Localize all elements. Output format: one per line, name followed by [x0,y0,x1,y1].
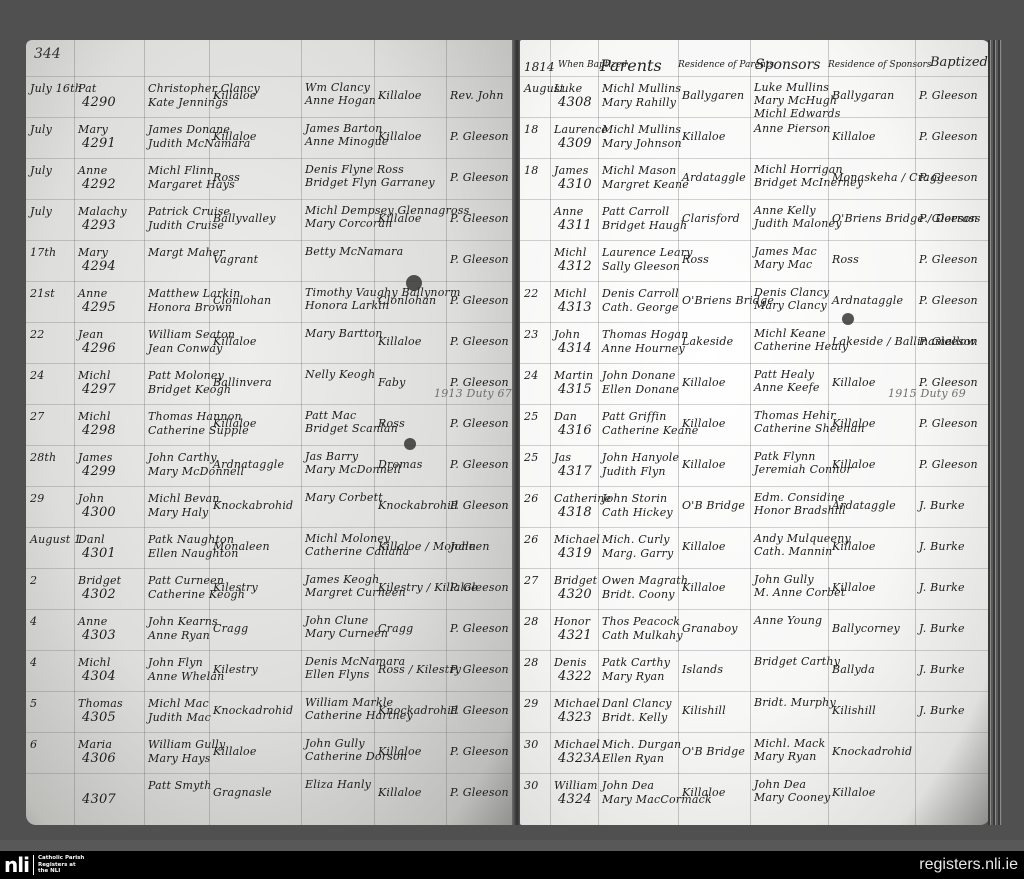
entry-baptized-by: J. Burke [919,663,965,676]
entry-parent: Bridget Haugh [602,219,687,232]
entry-sponsor: Bridget Flyn Garraney [305,176,435,189]
ruled-row-line [26,199,516,200]
entry-sponsor: Cath. Mannin [754,545,832,558]
entry-baptized-by: P. Gleeson [919,417,978,430]
entry-child-name: Malachy [78,205,127,218]
entry-residence: Ross [213,171,240,184]
entry-sponsor-residence: Cragg [378,622,413,635]
register-entry: 24Michl4297Patt MoloneyBridget KeoghBall… [26,367,516,407]
register-entry: Anne4311Patt CarrollBridget HaughClarisf… [520,203,990,243]
entry-residence: Clarisford [682,212,740,225]
entry-number: 4300 [82,506,116,519]
register-entry: 23John4314Thomas HoganAnne HourneyLakesi… [520,326,990,366]
entry-date: 22 [30,328,44,341]
entry-child-name: Danl [78,533,105,546]
entry-sponsor-residence: Killaloe [832,376,876,389]
entry-date: 18 [524,123,538,136]
entry-number: 4324 [558,793,592,806]
footer-bar: nli Catholic Parish Registers at the NLI… [0,851,1024,879]
register-entry: 27Michl4298Thomas HannonCatherine Supple… [26,408,516,448]
register-entry: JulyAnne4292Michl FlinnMargaret HaysRoss… [26,162,516,202]
entry-residence: O'B Bridge [682,745,745,758]
entry-sponsor: Honora Larkin [305,299,389,312]
register-entry: JulyMalachy4293Patrick CruiseJudith Crui… [26,203,516,243]
entry-baptized-by: P. Gleeson [450,581,509,594]
entry-sponsor-residence: Faby [378,376,406,389]
register-entry: July 16thPat4290Christopher ClancyKate J… [26,80,516,120]
entry-baptized-by: P. Gleeson [919,171,978,184]
entry-date: 6 [30,738,37,751]
entry-date: 2 [30,574,37,587]
entry-number: 4319 [558,547,592,560]
entry-sponsor: Bridt. Murphy [754,696,836,709]
ruled-row-line [26,732,516,733]
entry-date: 23 [524,328,538,341]
entry-sponsor: Betty McNamara [305,245,403,258]
entry-number: 4313 [558,301,592,314]
register-entry: 28Honor4321Thos PeacockCath MulkahyGrana… [520,613,990,653]
entry-residence: Killaloe [213,89,257,102]
entry-parent: John Donane [602,369,676,382]
entry-sponsor: Thomas Hehir [754,409,836,422]
entry-number: 4311 [558,219,592,232]
register-entry: 2Bridget4302Patt CurneenCatherine KeoghK… [26,572,516,612]
entry-sponsor-residence: Killaloe [378,130,422,143]
entry-child-name: Michl [78,410,111,423]
entry-date: 28 [524,615,538,628]
entry-sponsor-residence: Ross [378,417,405,430]
entry-residence: Killaloe [213,335,257,348]
entry-residence: O'B Bridge [682,499,745,512]
entry-residence: Granaboy [682,622,738,635]
entry-sponsor: James Keogh [305,573,379,586]
register-entry: 29John4300Michl BevanMary HalyKnockabroh… [26,490,516,530]
entry-residence: Lakeside [682,335,733,348]
entry-baptized-by: P. Gleeson [450,171,509,184]
entry-number: 4299 [82,465,116,478]
ruled-row-line [520,158,990,159]
entry-parent: John Storin [602,492,667,505]
entry-child-name: Jean [78,328,103,341]
header-sponsors: Sponsors [755,57,821,73]
entry-parent: Mary Haly [148,506,208,519]
entry-baptized-by: P. Gleeson [450,253,509,266]
ruled-row-line [520,76,990,77]
ruled-row-line [26,158,516,159]
entry-date: 30 [524,738,538,751]
entry-child-name: Martin [554,369,593,382]
entry-residence: Knockabrohid [213,499,293,512]
entry-residence: Kilestry [213,663,258,676]
entry-sponsor: Mary McHugh [754,94,837,107]
entry-residence: Killaloe [682,786,726,799]
register-entry: 18Laurence4309Michl MullinsMary JohnsonK… [520,121,990,161]
entry-baptized-by: P. Gleeson [450,663,509,676]
ruled-row-line [520,609,990,610]
entry-sponsor-residence: Killaloe [378,89,422,102]
register-entry: Michl4312Laurence LearySally GleesonRoss… [520,244,990,284]
entry-child-name: Laurence [554,123,608,136]
entry-number: 4293 [82,219,116,232]
entry-child-name: Maria [78,738,112,751]
register-entry: 18James4310Michl MasonMargret KeaneArdat… [520,162,990,202]
entry-residence: Ballinvera [213,376,272,389]
entry-child-name: Anne [78,287,107,300]
ruled-row-line [520,732,990,733]
nli-logo-mark: nli [4,854,29,876]
site-url[interactable]: registers.nli.ie [919,856,1018,874]
register-entry: JulyMary4291James DonaneJudith McNamaraK… [26,121,516,161]
entry-baptized-by: J. Burke [919,581,965,594]
entry-number: 4310 [558,178,592,191]
entry-date: July [30,164,52,177]
entry-sponsor: Wm Clancy [305,81,370,94]
entry-child-name: James [78,451,113,464]
entry-parent: John Hanyole [602,451,679,464]
nli-logo[interactable]: nli Catholic Parish Registers at the NLI [4,853,84,877]
entry-date: 24 [524,369,538,382]
entry-residence: Killaloe [213,417,257,430]
entry-child-name: James [554,164,589,177]
entry-sponsor: Michl. Mack [754,737,825,750]
entry-child-name: Anne [78,164,107,177]
image-viewer[interactable]: 344 July 16thPat4290Christopher ClancyKa… [0,0,1024,840]
nli-logo-text: Catholic Parish Registers at the NLI [38,855,84,875]
entry-child-name: Thomas [78,697,123,710]
entry-sponsor: Michl Keane [754,327,826,340]
ruled-row-line [26,404,516,405]
entry-parent: Margret Keane [602,178,689,191]
register-entry: 26Michael4319Mich. CurlyMarg. GarryKilla… [520,531,990,571]
entry-number: 4312 [558,260,592,273]
register-entry: 25Jas4317John HanyoleJudith FlynKillaloe… [520,449,990,489]
entry-child-name: Mary [78,123,108,136]
entry-parent: Cath Hickey [602,506,673,519]
entry-number: 4301 [82,547,116,560]
entry-sponsor: John Gully [305,737,365,750]
entry-sponsor-residence: Dromas [378,458,423,471]
entry-number: 4291 [82,137,116,150]
entry-parent: John Carthy [148,451,217,464]
entry-child-name: John [554,328,580,341]
entry-child-name: Jas [554,451,571,464]
ruled-row-line [520,322,990,323]
register-entry: 29Michael4323Danl ClancyBridt. KellyKili… [520,695,990,735]
entry-sponsor: Patt Healy [754,368,814,381]
entry-number: 4317 [558,465,592,478]
ruled-row-line [26,773,516,774]
entry-sponsor-residence: Killaloe [378,335,422,348]
ruled-row-line [26,650,516,651]
entry-date: 26 [524,533,538,546]
register-entry: 26Catherine4318John StorinCath HickeyO'B… [520,490,990,530]
register-entry: 4Anne4303John KearnsAnne RyanCraggJohn C… [26,613,516,653]
entry-child-name: Mary [78,246,108,259]
ruled-row-line [520,445,990,446]
entry-child-name: Michl [554,287,587,300]
entry-sponsor: Michl Horrigan [754,163,843,176]
book-page-edges [988,40,1002,825]
entry-parent: Ellen Ryan [602,752,664,765]
entry-date: July [30,123,52,136]
entry-sponsor: Denis Flyne Ross [305,163,404,176]
entry-date: 27 [524,574,538,587]
entry-baptized-by: J. Burke [919,499,965,512]
entry-child-name: Bridget [554,574,597,587]
entry-sponsor: Mary Ryan [754,750,817,763]
entry-parent: John Flyn [148,656,203,669]
entry-residence: Kilestry [213,581,258,594]
entry-residence: Vagrant [213,253,258,266]
entry-parent: Michl Flinn [148,164,214,177]
entry-baptized-by: P. Gleeson [450,130,509,143]
entry-sponsor-residence: Ross [832,253,859,266]
entry-child-name: Michael [554,738,600,751]
entry-baptized-by: J. Burke [919,704,965,717]
entry-parent: Anne Ryan [148,629,210,642]
register-entry: 30Michael4323AMich. DurganEllen RyanO'B … [520,736,990,776]
entry-number: 4290 [82,96,116,109]
register-entry: 24Martin4315John DonaneEllen DonaneKilla… [520,367,990,407]
entry-parent: Bridt. Coony [602,588,675,601]
entry-residence: Killaloe [213,745,257,758]
entry-date: 29 [524,697,538,710]
entry-child-name: Honor [554,615,590,628]
entry-number: 4302 [82,588,116,601]
entry-parent: Denis Carroll [602,287,679,300]
entry-date: 28 [524,656,538,669]
ruled-row-line [26,117,516,118]
entry-date: 4 [30,615,37,628]
entry-number: 4306 [82,752,116,765]
entry-baptized-by: J. Burke [919,622,965,635]
register-entry: 4Michl4304John FlynAnne WhelanKilestryDe… [26,654,516,694]
register-entry: 28thJames4299John CarthyMary McDonnellAr… [26,449,516,489]
entry-date: 21st [30,287,55,300]
entry-baptized-by: P. Gleeson [450,458,509,471]
entry-residence: Clonlohan [213,294,271,307]
entry-parent: Thos Peacock [602,615,680,628]
entry-number: 4315 [558,383,592,396]
entry-sponsor: Anne Keefe [754,381,820,394]
entry-baptized-by: P. Gleeson [919,335,978,348]
entry-number: 4309 [558,137,592,150]
entry-date: 5 [30,697,37,710]
entry-baptized-by: P. Gleeson [450,704,509,717]
entry-parent: Patt Smyth [148,779,212,792]
entry-parent: Anne Hourney [602,342,685,355]
entry-parent: Mary Johnson [602,137,682,150]
entry-sponsor: Jas Barry [305,450,358,463]
ruled-row-line [26,568,516,569]
ruled-row-line [26,240,516,241]
entry-baptized-by: P. Gleeson [919,89,978,102]
entry-date: 18 [524,164,538,177]
entry-sponsor: Mary Cooney [754,791,830,804]
entry-sponsor: Ellen Flyns [305,668,369,681]
entry-sponsor-residence: Killaloe [832,458,876,471]
entry-sponsor-residence: Ross / Kilestry [378,663,461,676]
entry-sponsor: Mary Curneen [305,627,388,640]
entry-baptized-by: P. Gleeson [450,786,509,799]
ruled-row-line [520,199,990,200]
entry-sponsor-residence: Killaloe [378,212,422,225]
ruled-row-line [26,691,516,692]
ink-stain [406,275,422,291]
entry-child-name: Michl [78,656,111,669]
entry-sponsor: Anne Young [754,614,822,627]
entry-residence: Ross [682,253,709,266]
entry-residence: Ardnataggle [213,458,284,471]
entry-date: 24 [30,369,44,382]
header-baptized-by: Baptized by [930,55,990,70]
ruled-row-line [520,568,990,569]
entry-sponsor: Anne Pierson [754,122,831,135]
entry-sponsor: John Dea [754,778,806,791]
entry-number: 4298 [82,424,116,437]
entry-sponsor: Patt Mac [305,409,356,422]
entry-child-name: Michael [554,697,600,710]
entry-sponsor-residence: Ballycorney [832,622,900,635]
entry-parent: Mich. Curly [602,533,670,546]
entry-baptized-by: P. Gleeson [450,335,509,348]
entry-baptized-by: J. Burke [919,540,965,553]
entry-residence: Ardataggle [682,171,746,184]
entry-sponsor: Mary Mac [754,258,812,271]
entry-number: 4322 [558,670,592,683]
entry-baptized-by: P. Gleeson [450,622,509,635]
entry-number: 4304 [82,670,116,683]
entry-baptized-by: P. Gleeson [450,499,509,512]
ruled-row-line [26,322,516,323]
entry-number: 4303 [82,629,116,642]
entry-residence: Killaloe [682,540,726,553]
ruled-row-line [520,527,990,528]
ruled-row-line [520,281,990,282]
entry-baptized-by: P. Gleeson [450,212,509,225]
entry-parent: Michl Mullins [602,123,681,136]
entry-residence: Ballygaren [682,89,744,102]
entry-date: 28th [30,451,56,464]
entry-sponsor-residence: Killaloe [832,540,876,553]
entry-sponsor-residence: Killaloe [378,745,422,758]
entry-number: 4314 [558,342,592,355]
entry-sponsor: James Mac [754,245,817,258]
register-entry: 5Thomas4305Michl MacJudith MacKnockadroh… [26,695,516,735]
entry-sponsor-residence: Knockadrohid [832,745,912,758]
entry-number: 4320 [558,588,592,601]
margin-note: 1915 Duty 69 [888,387,966,400]
entry-sponsor-residence: Killaloe [378,786,422,799]
entry-date: 25 [524,410,538,423]
register-entry: 30William4324John DeaMary MacCormackKill… [520,777,990,817]
entry-parent: Mary Ryan [602,670,665,683]
register-entry: 25Dan4316Patt GriffinCatherine KeaneKill… [520,408,990,448]
register-entry: 27Bridget4320Owen MagrathBridt. CoonyKil… [520,572,990,612]
entry-date: 27 [30,410,44,423]
header-parents: Parents [600,56,662,75]
entry-parent: Laurence Leary [602,246,693,259]
ruled-row-line [26,486,516,487]
entry-residence: Monaleen [213,540,270,553]
entry-sponsor-residence: Kilishill [832,704,876,717]
entry-number: 4307 [82,793,116,806]
ruled-row-line [26,527,516,528]
entry-residence: Killaloe [682,458,726,471]
ruled-row-line [520,650,990,651]
entry-residence: Cragg [213,622,248,635]
entry-number: 4316 [558,424,592,437]
entry-parent: Bridt. Kelly [602,711,667,724]
entry-number: 4295 [82,301,116,314]
entry-sponsor-residence: Ballyda [832,663,875,676]
entry-date: July [30,205,52,218]
entry-parent: Owen Magrath [602,574,688,587]
ruled-row-line [26,609,516,610]
register-entry: 17thMary4294Margt MaherVagrantBetty McNa… [26,244,516,284]
ruled-row-line [520,404,990,405]
entry-sponsor: Anne Minogue [305,135,389,148]
entry-child-name: Michael [554,533,600,546]
register-entry: 22Michl4313Denis CarrollCath. GeorgeO'Br… [520,285,990,325]
entry-sponsor: Patk Flynn [754,450,816,463]
register-entry: 21stAnne4295Matthew LarkinHonora BrownCl… [26,285,516,325]
entry-child-name: John [78,492,104,505]
ruled-row-line [520,691,990,692]
entry-parent: Judith Mac [148,711,211,724]
entry-date: 4 [30,656,37,669]
entry-number: 4294 [82,260,116,273]
entry-baptized-by: Rev. John [450,89,504,102]
entry-number: 4321 [558,629,592,642]
entry-child-name: Denis [554,656,587,669]
entry-parent: Mich. Durgan [602,738,681,751]
entry-sponsor: James Barton [305,122,382,135]
entry-date: 17th [30,246,56,259]
register-entry: 28Denis4322Patk CarthyMary RyanIslandsBr… [520,654,990,694]
entry-parent: Cath. George [602,301,679,314]
entry-child-name: Michl [554,246,587,259]
entry-residence: Killaloe [682,376,726,389]
entry-sponsor: John Clune [305,614,368,627]
entry-parent: Thomas Hogan [602,328,688,341]
entry-sponsor: Eliza Hanly [305,778,371,791]
entry-sponsor: Denis Clancy [754,286,829,299]
register-entry: 22Jean4296William SeatonJean ConwayKilla… [26,326,516,366]
entry-child-name: Michl [78,369,111,382]
ruled-row-line [26,76,516,77]
ruled-row-line [26,281,516,282]
entry-number: 4323A [558,752,601,765]
entry-date: 22 [524,287,538,300]
entry-child-name: Bridget [78,574,121,587]
logo-divider [33,855,34,875]
entry-child-name: Pat [78,82,97,95]
entry-sponsor-residence: Killaloe [832,417,876,430]
entry-parent: Patt Carroll [602,205,669,218]
entry-sponsor: Anne Kelly [754,204,816,217]
entry-residence: Killaloe [213,130,257,143]
ruled-row-line [26,445,516,446]
ruled-row-line [520,117,990,118]
register-page-right: 1814 When Baptized Parents Residence of … [520,40,990,825]
entry-parent: John Kearns [148,615,218,628]
entry-sponsor: Luke Mullins [754,81,829,94]
page-number: 344 [34,46,61,62]
entry-sponsor-residence: Clonlohan [378,294,436,307]
entry-child-name: William [554,779,598,792]
entry-baptized-by: John [450,540,476,553]
